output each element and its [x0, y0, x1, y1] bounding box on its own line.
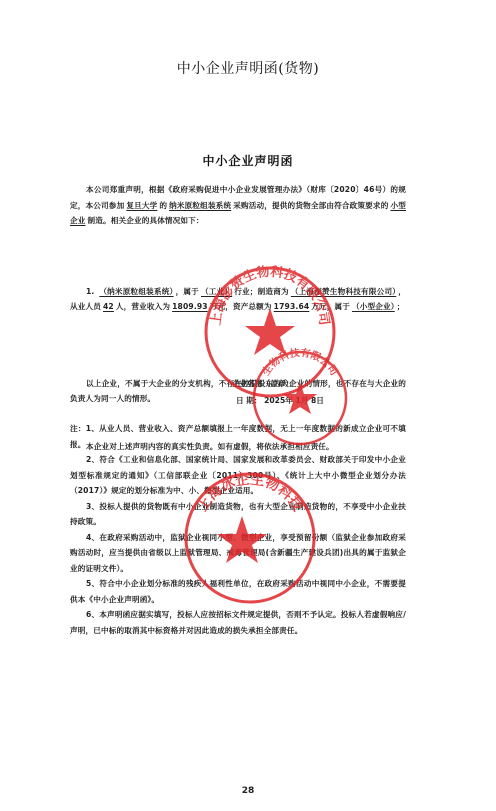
item1-category: （小型企业） [350, 302, 397, 311]
intro-paragraph: 本公司郑重声明，根据《政府采购促进中小企业发展管理办法》（财库〔2020〕46号… [70, 182, 406, 229]
item1-revenue-label: 人，营业收入为 [116, 302, 170, 311]
signature-date-value: 2025年 1月 8日 [264, 396, 324, 405]
item1-paragraph: 1. （纳米原粒组装系统），属于（工业）行业；制造商为（上海澎赞生物科技有限公司… [70, 284, 406, 315]
item1-manufacturer: （上海澎赞生物科技有限公司） [289, 287, 398, 296]
note-5: 5、符合中小企业划分标准的残疾人福利性单位，在政府采购活动中视同中小企业，不需要… [70, 576, 406, 607]
intro-mid1: 的 [159, 201, 167, 210]
signature-name-label: 企业名称（盖章）： [232, 379, 297, 388]
note-2: 2、符合《工业和信息化部、国家统计局、国家发展和改革委员会、财政部关于印发中小企… [70, 452, 406, 499]
note-6: 6、本声明函应据实填写，投标人应按招标文件规定提供，否则不予认定。投标人若虚假响… [70, 607, 406, 638]
item1-number: 1. [86, 287, 94, 296]
svg-text:生物科技有限公司: 生物科技有限公司 [259, 348, 341, 378]
purchaser-name: 复旦大学 [124, 201, 159, 210]
signature-name-line: 企业名称（盖章）： [232, 378, 297, 389]
item1-employees: 42 [101, 302, 116, 311]
page-number: 28 [0, 786, 496, 796]
item1-assets: 1793.64 [272, 302, 312, 311]
intro-mid2: 采购活动，提供的货物全部由符合政策要求的 [233, 201, 388, 210]
note-4: 4、在政府采购活动中，监狱企业视同小型、微型企业，享受预留份额（监狱企业参加政府… [70, 530, 406, 577]
project-name: 纳米原粒组装系统 [167, 201, 233, 210]
note-1: 注：1、从业人员、营业收入、资产总额填报上一年度数据，无上一年度数据的新成立企业… [70, 421, 406, 452]
signature-date-line: 日 期： 2025年 1月 8日 [236, 395, 324, 406]
item1-manufacturer-label: 行业；制造商为 [234, 287, 289, 296]
item1-product: （纳米原粒组装系统） [97, 287, 175, 296]
note-3: 3、投标人提供的货物既有中小企业制造货物，也有大型企业制造货物的，不享受中小企业… [70, 499, 406, 530]
notes-section: 注：1、从业人员、营业收入、资产总额填报上一年度数据，无上一年度数据的新成立企业… [70, 421, 406, 638]
item1-industry: （工业） [199, 287, 234, 296]
item1-belongs-label: ，属于 [176, 287, 199, 296]
document-title: 中小企业声明函 [0, 152, 496, 169]
item1-category-label: 万元，属于 [311, 302, 350, 311]
item1-assets-label: 万元，资产总额为 [210, 302, 272, 311]
signature-date-label: 日 期： [236, 396, 261, 405]
intro-suffix: 制造。相关企业的具体情况如下： [88, 216, 204, 225]
item1-revenue: 1809.93 [170, 302, 210, 311]
item1-end: ； [397, 302, 405, 311]
outer-title: 中小企业声明函(货物) [0, 58, 496, 78]
